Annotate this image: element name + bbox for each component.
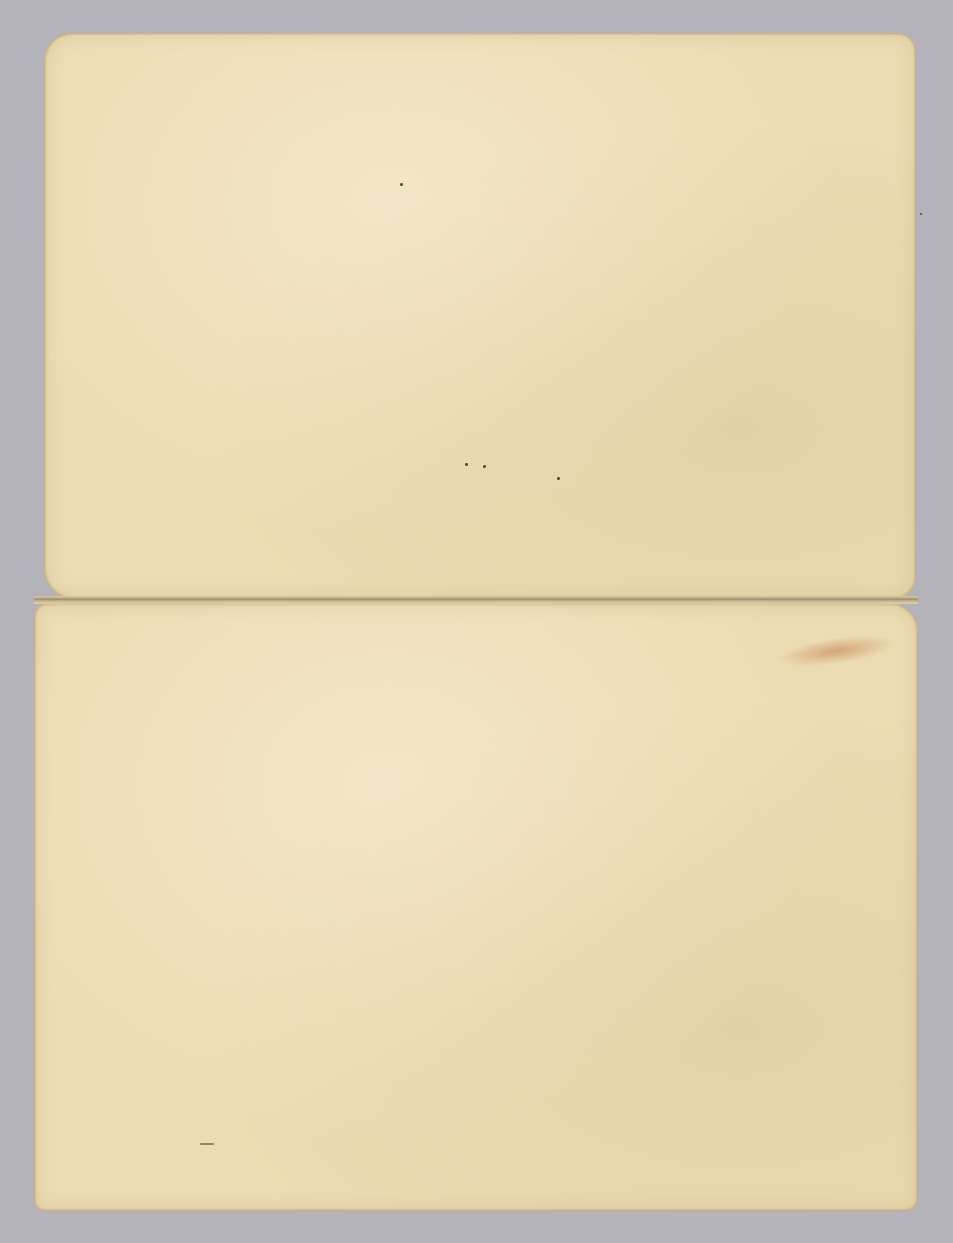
paper-speck — [465, 463, 468, 466]
paper-speck — [920, 213, 922, 215]
paper-speck — [483, 465, 486, 468]
center-fold-crease — [34, 596, 918, 604]
folded-paper-card — [40, 33, 916, 1211]
paper-speck — [400, 183, 403, 186]
paper-mark — [200, 1143, 214, 1145]
card-top-panel — [44, 33, 916, 599]
card-bottom-panel — [34, 603, 918, 1211]
paper-speck — [557, 477, 560, 480]
